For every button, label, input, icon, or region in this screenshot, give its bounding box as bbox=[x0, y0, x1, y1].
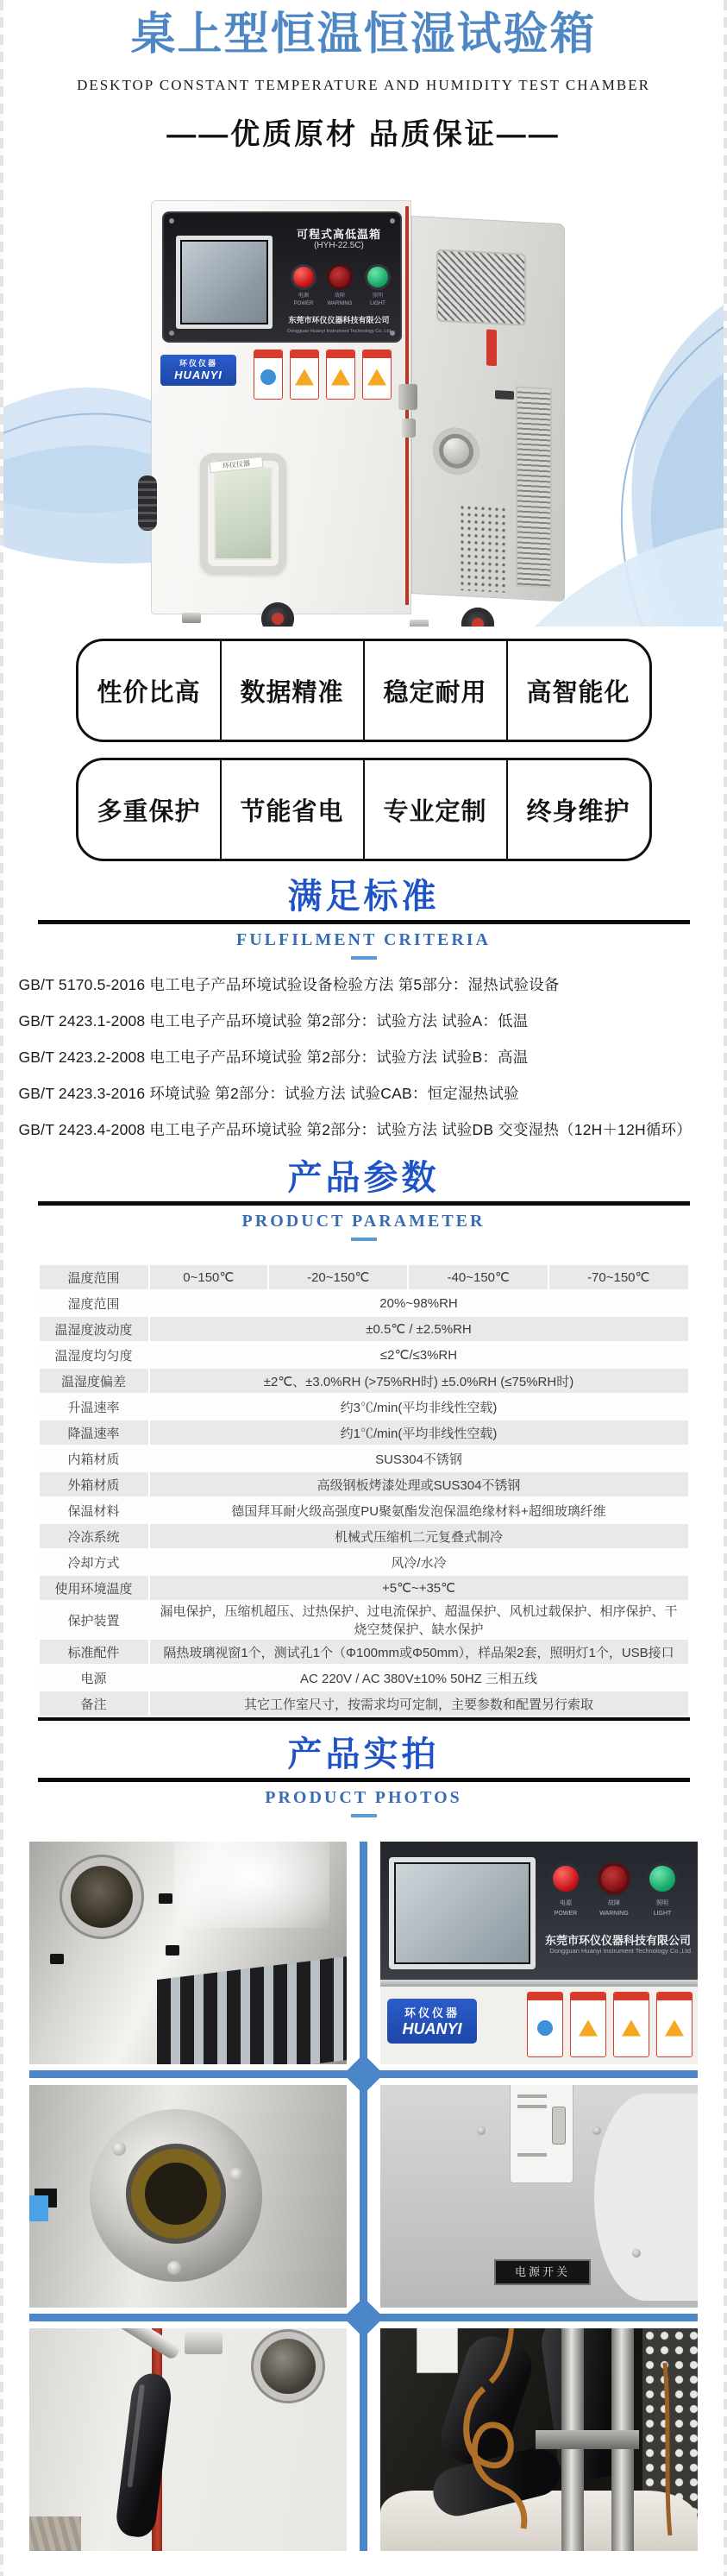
photo-refrigeration-system bbox=[380, 2328, 698, 2551]
section-dash bbox=[351, 1238, 377, 1241]
side-port bbox=[260, 2339, 316, 2394]
warning-button-label: 故障WARNING bbox=[591, 1899, 637, 1919]
feature-badges-row2: 多重保护 节能省电 专业定制 终身维护 bbox=[76, 758, 652, 861]
table-row: 保护装置漏电保护，压缩机超压、过热保护、过电流保护、超温保护、风机过载保护、相序… bbox=[39, 1601, 689, 1639]
photo-control-panel: 电源POWER 故障WARNING 照明LIGHT 东莞市环仪仪器科技有限公司 … bbox=[380, 1842, 698, 2064]
breaker-toggle bbox=[552, 2107, 566, 2145]
huanyi-logo: 环仪仪器 HUANYI bbox=[387, 1999, 477, 2044]
page-title: 桌上型恒温恒湿试验箱 bbox=[0, 5, 727, 64]
leveling-foot bbox=[410, 620, 429, 627]
standard-item: GB/T 2423.2-2008 电工电子产品环境试验 第2部分：试验方法 试验… bbox=[19, 1039, 709, 1075]
caution-sticker bbox=[527, 1992, 563, 2057]
power-button-label: 电源POWER bbox=[542, 1899, 589, 1919]
table-bottom-rule bbox=[38, 1717, 690, 1721]
light-button-label: 照明LIGHT bbox=[639, 1899, 686, 1919]
danger-sticker bbox=[570, 1992, 606, 2057]
feature-badge: 性价比高 bbox=[78, 641, 220, 740]
photo-door-handle bbox=[29, 2328, 347, 2551]
caster-wheel bbox=[461, 608, 494, 627]
test-chamber-illustration: 可程式高低温箱 (HYH-22.5C) 电源POWER 故障WARNING 照明… bbox=[151, 164, 573, 621]
light-reflection bbox=[174, 1842, 329, 1928]
panel-model: (HYH-22.5C) bbox=[276, 241, 402, 250]
standard-item: GB/T 2423.1-2008 电工电子产品环境试验 第2部分：试验方法 试验… bbox=[19, 1003, 709, 1039]
feature-badge: 终身维护 bbox=[506, 760, 649, 859]
floor-fragment bbox=[29, 2516, 81, 2551]
compartment-wall bbox=[594, 2094, 698, 2301]
side-vent-grille bbox=[436, 249, 526, 326]
product-page: 桌上型恒温恒湿试验箱 DESKTOP CONSTANT TEMPERATURE … bbox=[0, 0, 727, 2576]
table-row: 降温速率约1℃/min(平均非线性空载) bbox=[39, 1420, 689, 1445]
section-rule bbox=[38, 1778, 690, 1782]
panel-hinge-strip bbox=[380, 1980, 698, 1987]
screw-icon bbox=[477, 2126, 486, 2135]
photo-power-switch: 电源开关 bbox=[380, 2085, 698, 2308]
danger-sticker bbox=[290, 350, 319, 400]
power-switch-label: 电源开关 bbox=[494, 2259, 591, 2285]
side-red-sticker bbox=[486, 330, 497, 367]
company-name-cn: 东莞市环仪仪器科技有限公司 bbox=[501, 1931, 691, 1948]
screw-icon bbox=[112, 2142, 126, 2156]
side-slot bbox=[495, 390, 514, 400]
warning-button-label: 故障WARNING bbox=[321, 293, 359, 308]
chamber-front-face: 可程式高低温箱 (HYH-22.5C) 电源POWER 故障WARNING 照明… bbox=[151, 200, 411, 614]
company-name-en: Dongguan Huanyi Instrument Technology Co… bbox=[267, 329, 411, 334]
side-tall-grille bbox=[516, 386, 552, 588]
section-subtitle-en: PRODUCT PHOTOS bbox=[0, 1787, 727, 1808]
screw-icon bbox=[390, 218, 395, 224]
standard-item: GB/T 2423.3-2016 环境试验 第2部分：试验方法 试验CAB：恒定… bbox=[19, 1075, 709, 1112]
feature-badge: 数据精准 bbox=[220, 641, 363, 740]
warning-stickers bbox=[254, 350, 392, 400]
table-row: 外箱材质高级钢板烤漆处理或SUS304不锈钢 bbox=[39, 1471, 689, 1497]
section-subtitle-en: FULFILMENT CRITERIA bbox=[0, 929, 727, 950]
warning-stickers bbox=[527, 1992, 693, 2057]
feature-badge: 节能省电 bbox=[220, 760, 363, 859]
door-window: 环仪仪器 bbox=[200, 453, 286, 574]
feature-badges-row1: 性价比高 数据精准 稳定耐用 高智能化 bbox=[76, 639, 652, 742]
feature-badge: 稳定耐用 bbox=[363, 641, 506, 740]
hinge-plate bbox=[185, 2332, 222, 2354]
bottom-margin bbox=[0, 2551, 727, 2576]
light-button bbox=[649, 1866, 675, 1892]
interior-sensor-hole bbox=[71, 1866, 133, 1928]
section-rule bbox=[38, 1201, 690, 1206]
product-photo-grid: 电源POWER 故障WARNING 照明LIGHT 东莞市环仪仪器科技有限公司 … bbox=[29, 1842, 698, 2551]
table-row: 温湿度均匀度≤2℃/≤3%RH bbox=[39, 1342, 689, 1368]
table-row: 湿度范围20%~98%RH bbox=[39, 1290, 689, 1316]
company-name-cn: 东莞市环仪仪器科技有限公司 bbox=[267, 314, 411, 325]
parameter-table: 温度范围 0~150℃ -20~150℃ -40~150℃ -70~150℃ 湿… bbox=[38, 1263, 690, 1717]
chamber-side-face bbox=[411, 216, 565, 601]
table-row: 温度范围 0~150℃ -20~150℃ -40~150℃ -70~150℃ bbox=[39, 1264, 689, 1290]
cable-conduit bbox=[138, 476, 157, 531]
table-row: 升温速率约3℃/min(平均非线性空载) bbox=[39, 1394, 689, 1420]
light-button-label: 照明LIGHT bbox=[359, 293, 397, 308]
panel-lower-band: 环仪仪器 HUANYI bbox=[380, 1987, 698, 2064]
standard-item: GB/T 2423.4-2008 电工电子产品环境试验 第2部分：试验方法 试验… bbox=[19, 1112, 709, 1148]
feature-badge: 专业定制 bbox=[363, 760, 506, 859]
photo-chamber-interior bbox=[29, 1842, 347, 2064]
port-hole bbox=[131, 2149, 221, 2239]
section-dash bbox=[351, 1814, 377, 1817]
blue-reflection bbox=[29, 2195, 48, 2221]
table-row: 温湿度偏差±2℃、±3.0%RH (>75%RH时) ±5.0%RH (≤75%… bbox=[39, 1368, 689, 1394]
power-button bbox=[293, 267, 314, 287]
section-rule bbox=[38, 920, 690, 924]
door-latch bbox=[398, 384, 417, 410]
light-button bbox=[367, 267, 388, 287]
screw-icon bbox=[229, 2168, 243, 2182]
page-edge-right bbox=[724, 0, 727, 2576]
touchscreen bbox=[176, 236, 273, 329]
company-name-en: Dongguan Huanyi Instrument Technology Co… bbox=[484, 1947, 691, 1955]
table-row: 温湿度波动度±0.5℃ / ±2.5%RH bbox=[39, 1316, 689, 1342]
table-row: 标准配件隔热玻璃视窗1个，测试孔1个（Φ100mm或Φ50mm），样品架2套，照… bbox=[39, 1639, 689, 1665]
warning-button bbox=[329, 267, 350, 287]
standards-list: GB/T 5170.5-2016 电工电子产品环境试验设备检验方法 第5部分：湿… bbox=[19, 967, 709, 1148]
table-row: 冷却方式风冷/水冷 bbox=[39, 1549, 689, 1575]
screw-icon bbox=[167, 2261, 181, 2275]
section-title: 满足标准 bbox=[0, 875, 727, 918]
section-criteria-header: 满足标准 FULFILMENT CRITERIA bbox=[0, 875, 727, 960]
page-edge-left bbox=[0, 0, 3, 2576]
table-row: 保温材料德国拜耳耐火级高强度PU聚氨酯发泡保温绝缘材料+超细玻璃纤维 bbox=[39, 1497, 689, 1523]
white-junction-box bbox=[417, 2328, 458, 2373]
feature-badge: 高智能化 bbox=[506, 641, 649, 740]
door-latch-port bbox=[433, 426, 479, 476]
table-row: 备注其它工作室尺寸，按需求均可定制，主要参数和配置另行索取 bbox=[39, 1691, 689, 1716]
section-parameters-header: 产品参数 PRODUCT PARAMETER bbox=[0, 1156, 727, 1241]
warning-button bbox=[601, 1866, 627, 1892]
power-button bbox=[553, 1866, 579, 1892]
grid-divider-vertical bbox=[360, 1842, 367, 2551]
panel-face: 电源POWER 故障WARNING 照明LIGHT 东莞市环仪仪器科技有限公司 … bbox=[380, 1842, 698, 1980]
stainless-cross-bar bbox=[536, 2430, 639, 2449]
panel-title: 可程式高低温箱 bbox=[276, 225, 402, 242]
section-dash bbox=[351, 956, 377, 960]
interior-vent-slots bbox=[157, 1956, 347, 2064]
table-row: 冷冻系统机械式压缩机二元复叠式制冷 bbox=[39, 1523, 689, 1549]
grid-divider-diamond bbox=[343, 2054, 384, 2094]
caution-sticker bbox=[254, 350, 283, 400]
table-row: 内箱材质SUS304不锈钢 bbox=[39, 1445, 689, 1471]
section-title: 产品实拍 bbox=[0, 1733, 727, 1776]
screw-icon bbox=[169, 331, 174, 336]
table-row: 使用环境温度+5℃~+35℃ bbox=[39, 1575, 689, 1601]
grid-divider-diamond bbox=[343, 2297, 384, 2338]
caution-sticker bbox=[656, 1992, 693, 2057]
section-title: 产品参数 bbox=[0, 1156, 727, 1200]
handle-grip bbox=[115, 2371, 174, 2539]
caution-sticker bbox=[613, 1992, 649, 2057]
quality-tagline: ——优质原材 品质保证—— bbox=[0, 116, 727, 154]
handle-arm bbox=[93, 2328, 182, 2361]
section-photos-header: 产品实拍 PRODUCT PHOTOS bbox=[0, 1733, 727, 1817]
section-subtitle-en: PRODUCT PARAMETER bbox=[0, 1211, 727, 1231]
table-row: 电源AC 220V / AC 380V±10% 50HZ 三相五线 bbox=[39, 1665, 689, 1691]
caution-sticker bbox=[362, 350, 392, 400]
standard-item: GB/T 5170.5-2016 电工电子产品环境试验设备检验方法 第5部分：湿… bbox=[19, 967, 709, 1003]
door-hinge bbox=[402, 419, 416, 438]
circuit-breaker bbox=[510, 2085, 573, 2183]
hero-product-image: 可程式高低温箱 (HYH-22.5C) 电源POWER 故障WARNING 照明… bbox=[0, 154, 727, 627]
page-subtitle-en: DESKTOP CONSTANT TEMPERATURE AND HUMIDIT… bbox=[0, 76, 727, 95]
screw-icon bbox=[592, 2126, 601, 2135]
side-perforations bbox=[459, 504, 509, 593]
control-panel: 可程式高低温箱 (HYH-22.5C) 电源POWER 故障WARNING 照明… bbox=[162, 211, 402, 343]
caution-sticker bbox=[326, 350, 355, 400]
feature-badge: 多重保护 bbox=[78, 760, 220, 859]
photo-test-port bbox=[29, 2085, 347, 2308]
leveling-foot bbox=[182, 613, 201, 623]
huanyi-logo: 环仪仪器 HUANYI bbox=[160, 355, 236, 386]
screw-icon bbox=[632, 2249, 641, 2258]
screw-icon bbox=[169, 218, 174, 224]
window-glass bbox=[214, 467, 273, 560]
power-button-label: 电源POWER bbox=[285, 293, 323, 308]
